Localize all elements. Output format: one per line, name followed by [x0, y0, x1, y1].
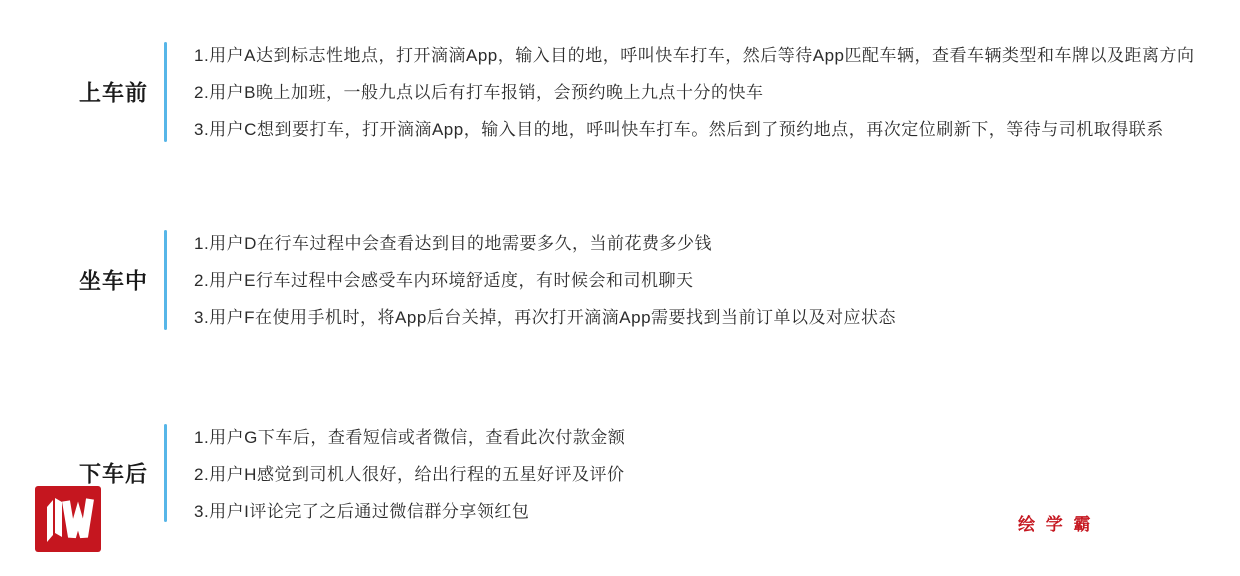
phase-section-before-ride: 上车前 1.用户A达到标志性地点，打开滴滴App，输入目的地，呼叫快车打车，然后… — [0, 42, 1240, 142]
journey-item: 2.用户E行车过程中会感受车内环境舒适度，有时候会和司机聊天 — [194, 262, 1236, 299]
huixueba-logo-icon — [35, 486, 101, 552]
journey-item: 1.用户D在行车过程中会查看达到目的地需要多久，当前花费多少钱 — [194, 225, 1236, 262]
journey-item: 2.用户B晚上加班，一般九点以后有打车报销，会预约晚上九点十分的快车 — [194, 74, 1236, 111]
phase-divider-line — [164, 424, 167, 522]
brand-watermark-text: 绘 学 霸 — [1018, 510, 1093, 535]
phase-label-during-ride: 坐车中 — [0, 265, 148, 296]
phase-items-during-ride: 1.用户D在行车过程中会查看达到目的地需要多久，当前花费多少钱 2.用户E行车过… — [194, 225, 1236, 336]
journey-item: 1.用户G下车后，查看短信或者微信，查看此次付款金额 — [194, 419, 1236, 456]
phase-section-after-ride: 下车后 1.用户G下车后，查看短信或者微信，查看此次付款金额 2.用户H感觉到司… — [0, 424, 1240, 522]
phase-divider-line — [164, 42, 167, 142]
phase-section-during-ride: 坐车中 1.用户D在行车过程中会查看达到目的地需要多久，当前花费多少钱 2.用户… — [0, 230, 1240, 330]
journey-item: 2.用户H感觉到司机人很好，给出行程的五星好评及评价 — [194, 456, 1236, 493]
journey-item: 3.用户C想到要打车，打开滴滴App，输入目的地，呼叫快车打车。然后到了预约地点… — [194, 111, 1236, 148]
phase-divider-line — [164, 230, 167, 330]
journey-item: 3.用户F在使用手机时，将App后台关掉，再次打开滴滴App需要找到当前订单以及… — [194, 299, 1236, 336]
user-journey-page: 上车前 1.用户A达到标志性地点，打开滴滴App，输入目的地，呼叫快车打车，然后… — [0, 0, 1240, 576]
phase-label-before-ride: 上车前 — [0, 77, 148, 108]
phase-label-after-ride: 下车后 — [0, 458, 148, 489]
journey-item: 1.用户A达到标志性地点，打开滴滴App，输入目的地，呼叫快车打车，然后等待Ap… — [194, 37, 1236, 74]
phase-items-before-ride: 1.用户A达到标志性地点，打开滴滴App，输入目的地，呼叫快车打车，然后等待Ap… — [194, 37, 1236, 148]
